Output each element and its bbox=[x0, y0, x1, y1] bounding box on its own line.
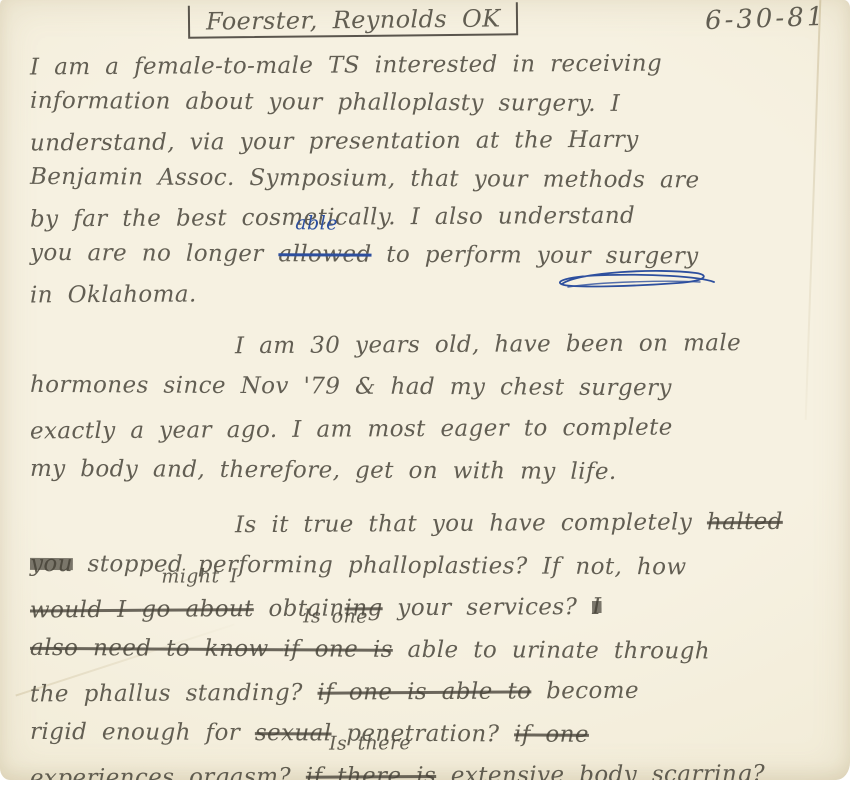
handwritten-text: Is it true that you have completely bbox=[235, 509, 707, 538]
handwritten-text: hormones since Nov '79 & had my chest su… bbox=[30, 372, 672, 401]
struck-through-text: would I bbox=[30, 597, 142, 624]
inserted-correction-text: might I bbox=[161, 567, 238, 586]
handwritten-text: rigid enough for bbox=[30, 719, 255, 746]
struck-through-text: allowed bbox=[278, 241, 371, 267]
correction-group: Is oneif one is bbox=[283, 628, 393, 671]
handwritten-line: the phallus standing? if one is able to … bbox=[30, 669, 834, 716]
handwritten-line: by far the best cosmetically. I also und… bbox=[30, 196, 834, 239]
struck-through-text: if one is able to bbox=[317, 678, 531, 705]
handwritten-line: Is it true that you have completely halt… bbox=[30, 501, 834, 548]
handwritten-line: I am a female-to-male TS interested in r… bbox=[30, 44, 834, 87]
handwritten-text: become bbox=[531, 678, 639, 705]
handwritten-line: you stopped performing phalloplasties? I… bbox=[30, 543, 834, 589]
handwritten-line: hormones since Nov '79 & had my chest su… bbox=[30, 364, 834, 410]
paragraph: I am 30 years old, have been on malehorm… bbox=[30, 324, 834, 492]
handwritten-text: Benjamin Assoc. Symposium, that your met… bbox=[30, 164, 700, 194]
handwritten-text: information about your phalloplasty surg… bbox=[30, 88, 620, 117]
struck-through-text: you bbox=[30, 551, 73, 577]
letter-paper: Foerster, Reynolds OK 6-30-81 I am a fem… bbox=[0, 0, 850, 780]
header-annotation-box: Foerster, Reynolds OK bbox=[188, 2, 519, 38]
struck-through-text: halted bbox=[707, 509, 783, 535]
letter-header-row: Foerster, Reynolds OK 6-30-81 bbox=[30, 4, 834, 44]
struck-through-text: go about bbox=[141, 596, 254, 623]
correction-group: ableallowed bbox=[278, 235, 371, 273]
handwritten-text: in Oklahoma. bbox=[30, 281, 197, 308]
inserted-correction-text: able bbox=[295, 214, 338, 233]
struck-through-text: also need to know bbox=[30, 635, 283, 662]
handwritten-text: I am 30 years old, have been on male bbox=[235, 330, 741, 359]
handwritten-text: the phallus standing? bbox=[30, 680, 318, 708]
paragraph: Is it true that you have completely halt… bbox=[30, 503, 834, 797]
struck-through-text: if one is bbox=[283, 636, 393, 663]
handwritten-text: able to urinate through bbox=[393, 637, 710, 665]
handwritten-line: understand, via your presentation at the… bbox=[30, 120, 834, 163]
letter-date: 6-30-81 bbox=[704, 2, 826, 36]
inserted-correction-text: Is one bbox=[303, 607, 368, 626]
handwritten-text: exactly a year ago. I am most eager to c… bbox=[30, 415, 673, 445]
blue-pen-scribble-icon bbox=[548, 260, 716, 298]
handwritten-text: my body and, therefore, get on with my l… bbox=[30, 456, 617, 485]
handwritten-text: I am a female-to-male TS interested in r… bbox=[30, 51, 662, 81]
handwritten-line: Benjamin Assoc. Symposium, that your met… bbox=[30, 158, 834, 200]
handwritten-line: information about your phalloplasty surg… bbox=[30, 82, 834, 124]
inserted-correction-text: Is there bbox=[329, 734, 411, 754]
handwritten-line: rigid enough for sexual penetration? if … bbox=[30, 711, 834, 757]
letter-content: Foerster, Reynolds OK 6-30-81 I am a fem… bbox=[30, 4, 834, 797]
handwritten-line: I am 30 years old, have been on male bbox=[30, 322, 834, 369]
handwritten-line: exactly a year ago. I am most eager to c… bbox=[30, 406, 834, 453]
struck-through-text: sexual bbox=[255, 720, 332, 746]
scan-background-strip bbox=[0, 780, 850, 798]
handwritten-text: understand, via your presentation at the… bbox=[30, 127, 639, 157]
handwritten-line: also need to know Is oneif one is able t… bbox=[30, 627, 834, 673]
handwritten-text: you are no longer bbox=[30, 240, 279, 267]
struck-through-text: if one bbox=[514, 721, 589, 747]
header-annotation: Foerster, Reynolds OK bbox=[206, 4, 501, 35]
struck-through-text: I bbox=[592, 594, 602, 620]
handwritten-text: your services? bbox=[383, 594, 593, 621]
correction-group: might Igo about bbox=[141, 588, 254, 631]
handwritten-line: my body and, therefore, get on with my l… bbox=[30, 448, 834, 494]
handwritten-line: would I might Igo about obtaining your s… bbox=[30, 585, 834, 632]
letter-body: I am a female-to-male TS interested in r… bbox=[30, 46, 834, 797]
